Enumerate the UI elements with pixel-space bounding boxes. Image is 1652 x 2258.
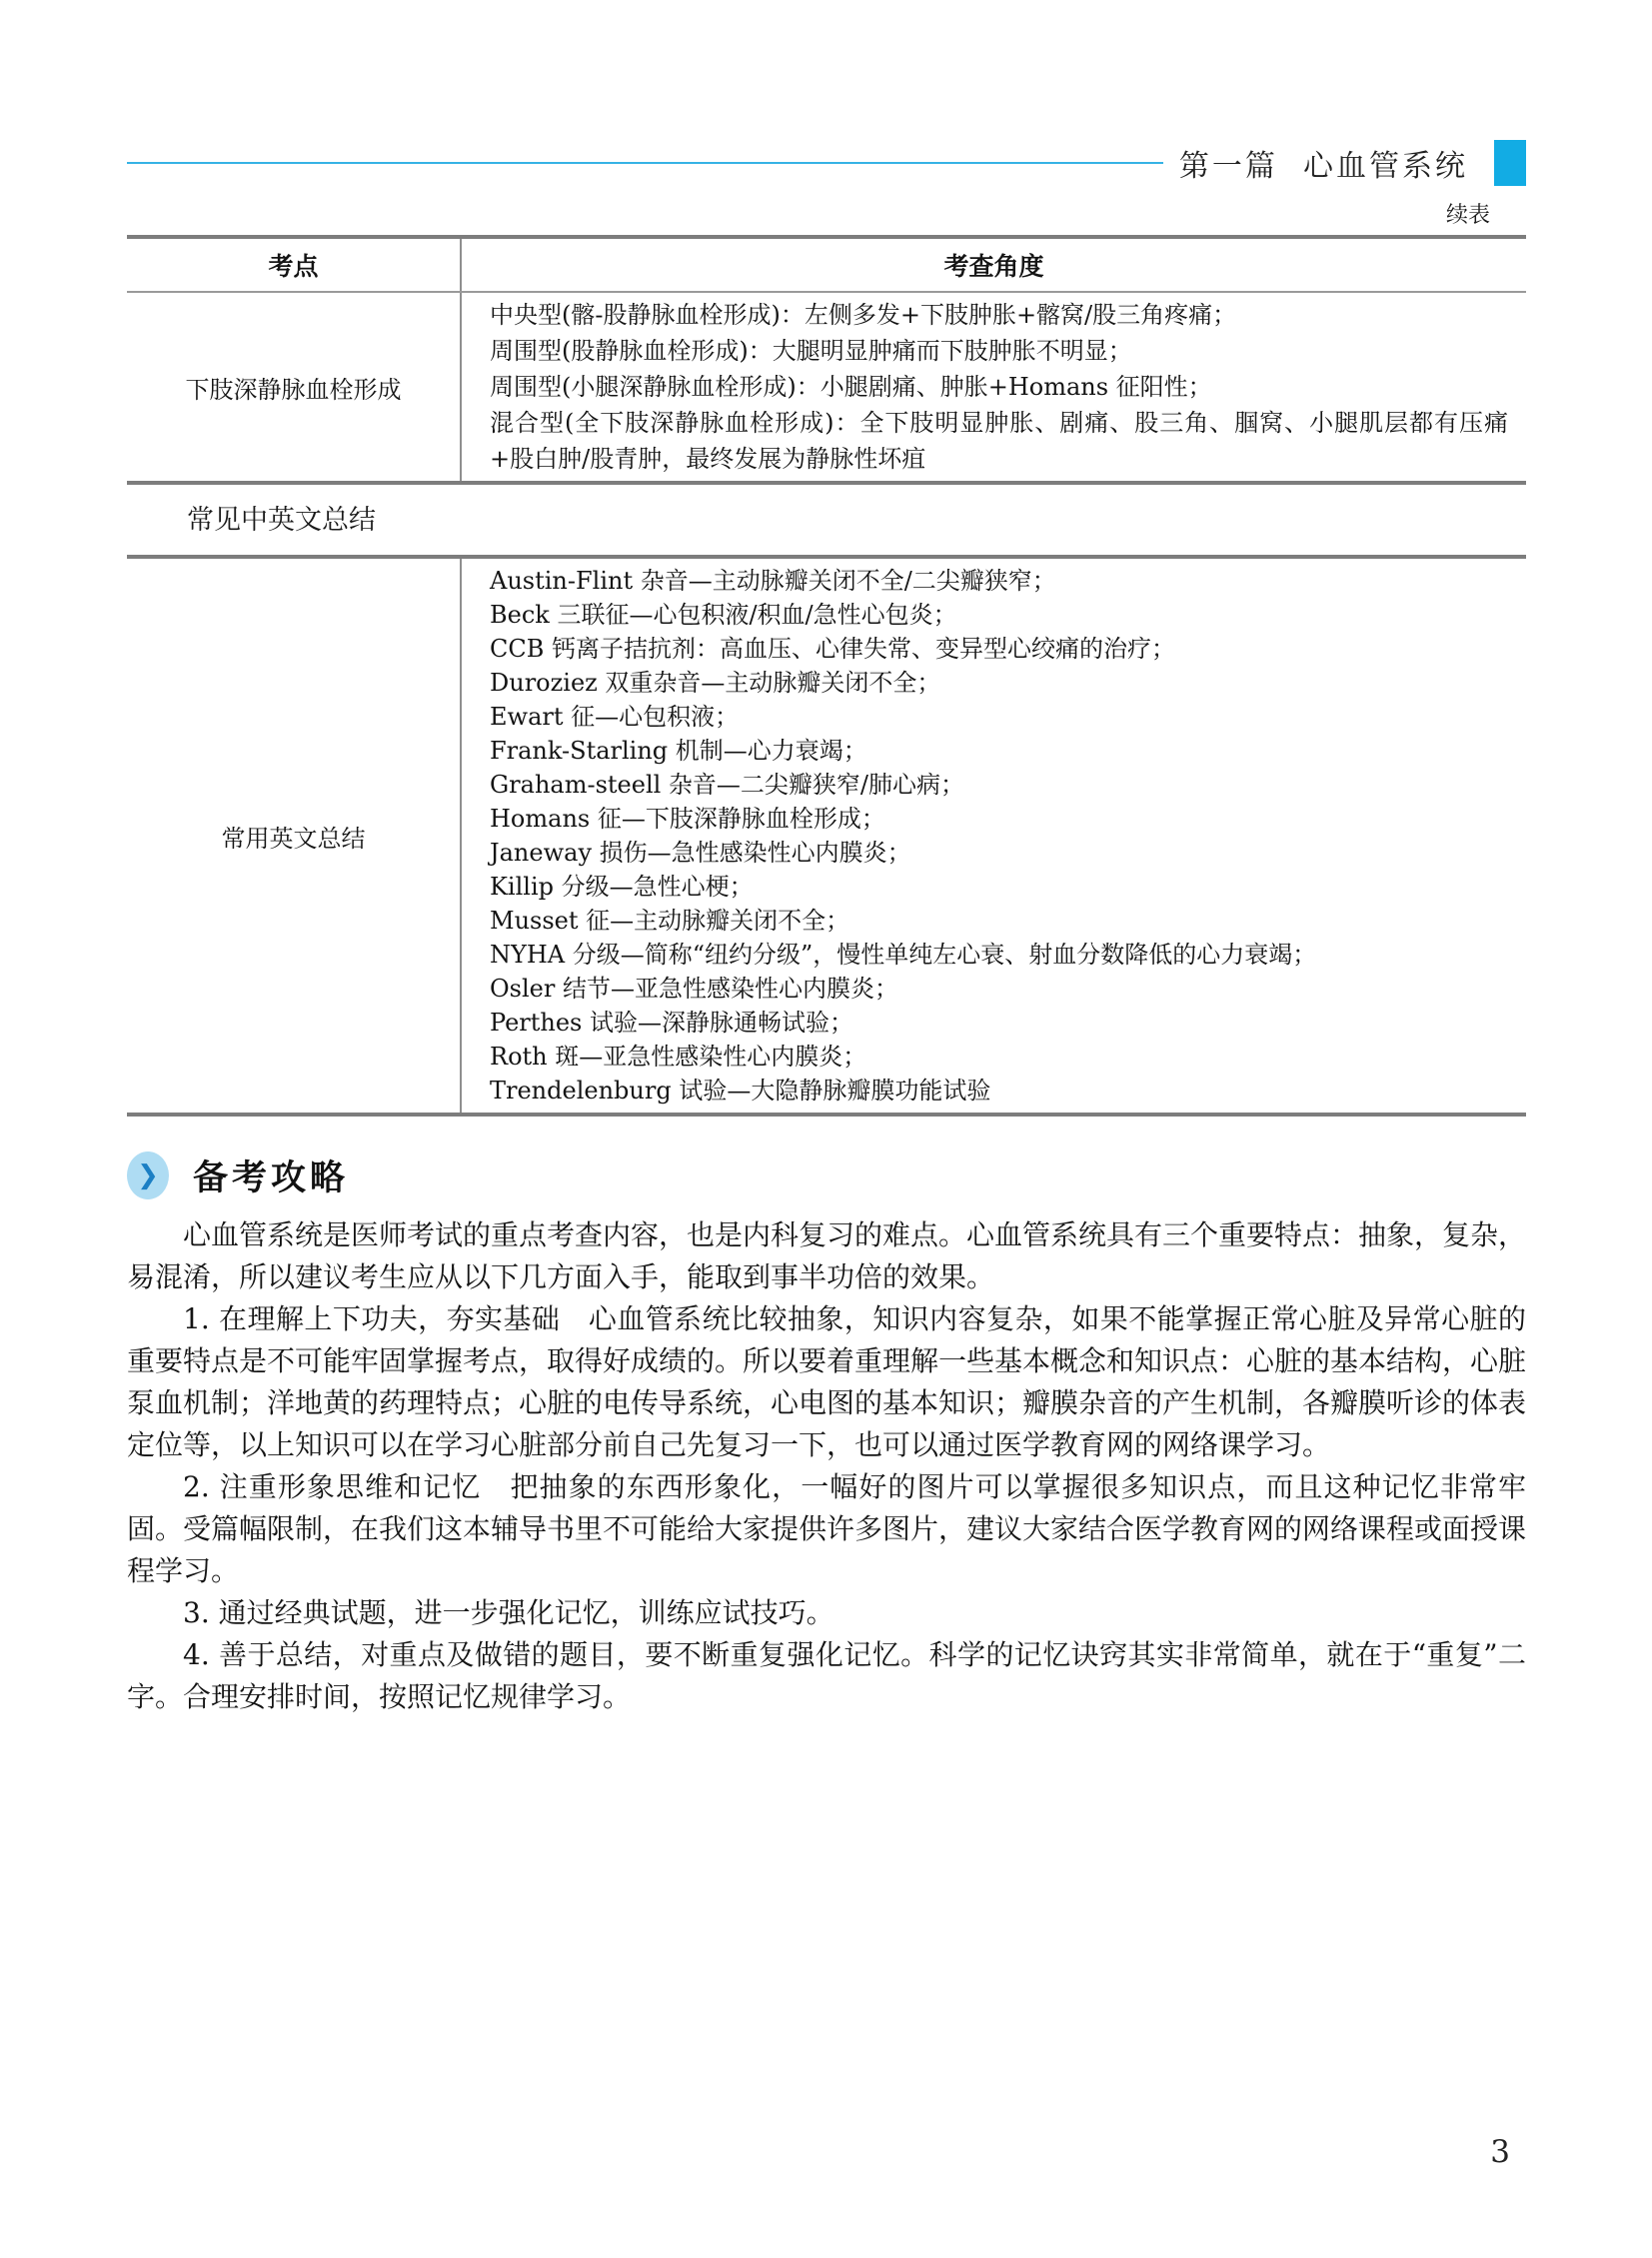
table-cell-line: 混合型(全下肢深静脉血栓形成)：全下肢明显肿胀、剧痛、股三角、腘窝、小腿肌层都有…	[490, 405, 1508, 477]
table-row: 下肢深静脉血栓形成 中央型(髂-股静脉血栓形成)：左侧多发+下肢肿胀+髂窝/股三…	[127, 293, 1526, 481]
table-row-label: 常用英文总结	[127, 559, 460, 1113]
table-cell-line: Duroziez 双重杂音—主动脉瓣关闭不全；	[490, 666, 1508, 700]
table-cell-line: Roth 斑—亚急性感染性心内膜炎；	[490, 1040, 1508, 1074]
table-cell-line: 中央型(髂-股静脉血栓形成)：左侧多发+下肢肿胀+髂窝/股三角疼痛；	[490, 297, 1508, 333]
table-cell-line: CCB 钙离子拮抗剂：高血压、心律失常、变异型心绞痛的治疗；	[490, 632, 1508, 666]
study-strategy-title: 备考攻略	[193, 1150, 349, 1200]
paragraph: 1. 在理解上下功夫，夯实基础 心血管系统比较抽象，知识内容复杂，如果不能掌握正…	[127, 1298, 1526, 1466]
english-summary-table: 常用英文总结 Austin-Flint 杂音—主动脉瓣关闭不全/二尖瓣狭窄； B…	[127, 555, 1526, 1117]
table-header-topic: 考点	[127, 239, 460, 291]
table-cell-line: Austin-Flint 杂音—主动脉瓣关闭不全/二尖瓣狭窄；	[490, 564, 1508, 598]
continued-table-label: 续表	[127, 198, 1526, 229]
study-strategy-body: 心血管系统是医师考试的重点考查内容，也是内科复习的难点。心血管系统具有三个重要特…	[127, 1214, 1526, 1718]
paragraph: 3. 通过经典试题，进一步强化记忆，训练应试技巧。	[127, 1592, 1526, 1634]
paragraph: 4. 善于总结，对重点及做错的题目，要不断重复强化记忆。科学的记忆诀窍其实非常简…	[127, 1634, 1526, 1718]
table-cell-line: Janeway 损伤—急性感染性心内膜炎；	[490, 836, 1508, 870]
table-cell-line: Frank-Starling 机制—心力衰竭；	[490, 734, 1508, 768]
table-cell-line: Trendelenburg 试验—大隐静脉瓣膜功能试验	[490, 1074, 1508, 1108]
table-header-angle: 考查角度	[460, 239, 1526, 291]
header-rule-divider	[127, 162, 1163, 164]
section-heading-cn-en-summary: 常见中英文总结	[187, 503, 1526, 539]
paragraph: 2. 注重形象思维和记忆 把抽象的东西形象化，一幅好的图片可以掌握很多知识点，而…	[127, 1466, 1526, 1592]
table-cell-line: Homans 征—下肢深静脉血栓形成；	[490, 802, 1508, 836]
table-header-row: 考点 考查角度	[127, 239, 1526, 293]
table-row-label: 下肢深静脉血栓形成	[127, 293, 460, 481]
table-cell-line: 周围型(股静脉血栓形成)：大腿明显肿痛而下肢肿胀不明显；	[490, 333, 1508, 369]
table-cell-line: NYHA 分级—简称“纽约分级”，慢性单纯左心衰、射血分数降低的心力衰竭；	[490, 938, 1508, 972]
study-strategy-header: ❯ 备考攻略	[127, 1150, 1526, 1200]
running-head: 第一篇 心血管系统	[127, 138, 1526, 188]
header-accent-square	[1494, 140, 1526, 186]
table-cell-line: Beck 三联征—心包积液/积血/急性心包炎；	[490, 598, 1508, 632]
table-cell-line: Perthes 试验—深静脉通畅试验；	[490, 1006, 1508, 1040]
chevron-right-icon: ❯	[127, 1151, 169, 1199]
table-cell-line: Graham-steell 杂音—二尖瓣狭窄/肺心病；	[490, 768, 1508, 802]
exam-points-table: 考点 考查角度 下肢深静脉血栓形成 中央型(髂-股静脉血栓形成)：左侧多发+下肢…	[127, 235, 1526, 485]
table-cell-line: Ewart 征—心包积液；	[490, 700, 1508, 734]
table-cell-line: Killip 分级—急性心梗；	[490, 870, 1508, 904]
page-title: 第一篇 心血管系统	[1179, 141, 1468, 185]
page-number: 3	[1490, 2134, 1510, 2170]
table-cell-line: Musset 征—主动脉瓣关闭不全；	[490, 904, 1508, 938]
book-page: 第一篇 心血管系统 续表 考点 考查角度 下肢深静脉血栓形成 中央型(髂-股静脉…	[0, 0, 1652, 2258]
paragraph: 心血管系统是医师考试的重点考查内容，也是内科复习的难点。心血管系统具有三个重要特…	[127, 1214, 1526, 1298]
table-cell-line: 周围型(小腿深静脉血栓形成)：小腿剧痛、肿胀+Homans 征阳性；	[490, 369, 1508, 405]
table-row: 常用英文总结 Austin-Flint 杂音—主动脉瓣关闭不全/二尖瓣狭窄； B…	[127, 559, 1526, 1113]
table-cell-line: Osler 结节—亚急性感染性心内膜炎；	[490, 972, 1508, 1006]
